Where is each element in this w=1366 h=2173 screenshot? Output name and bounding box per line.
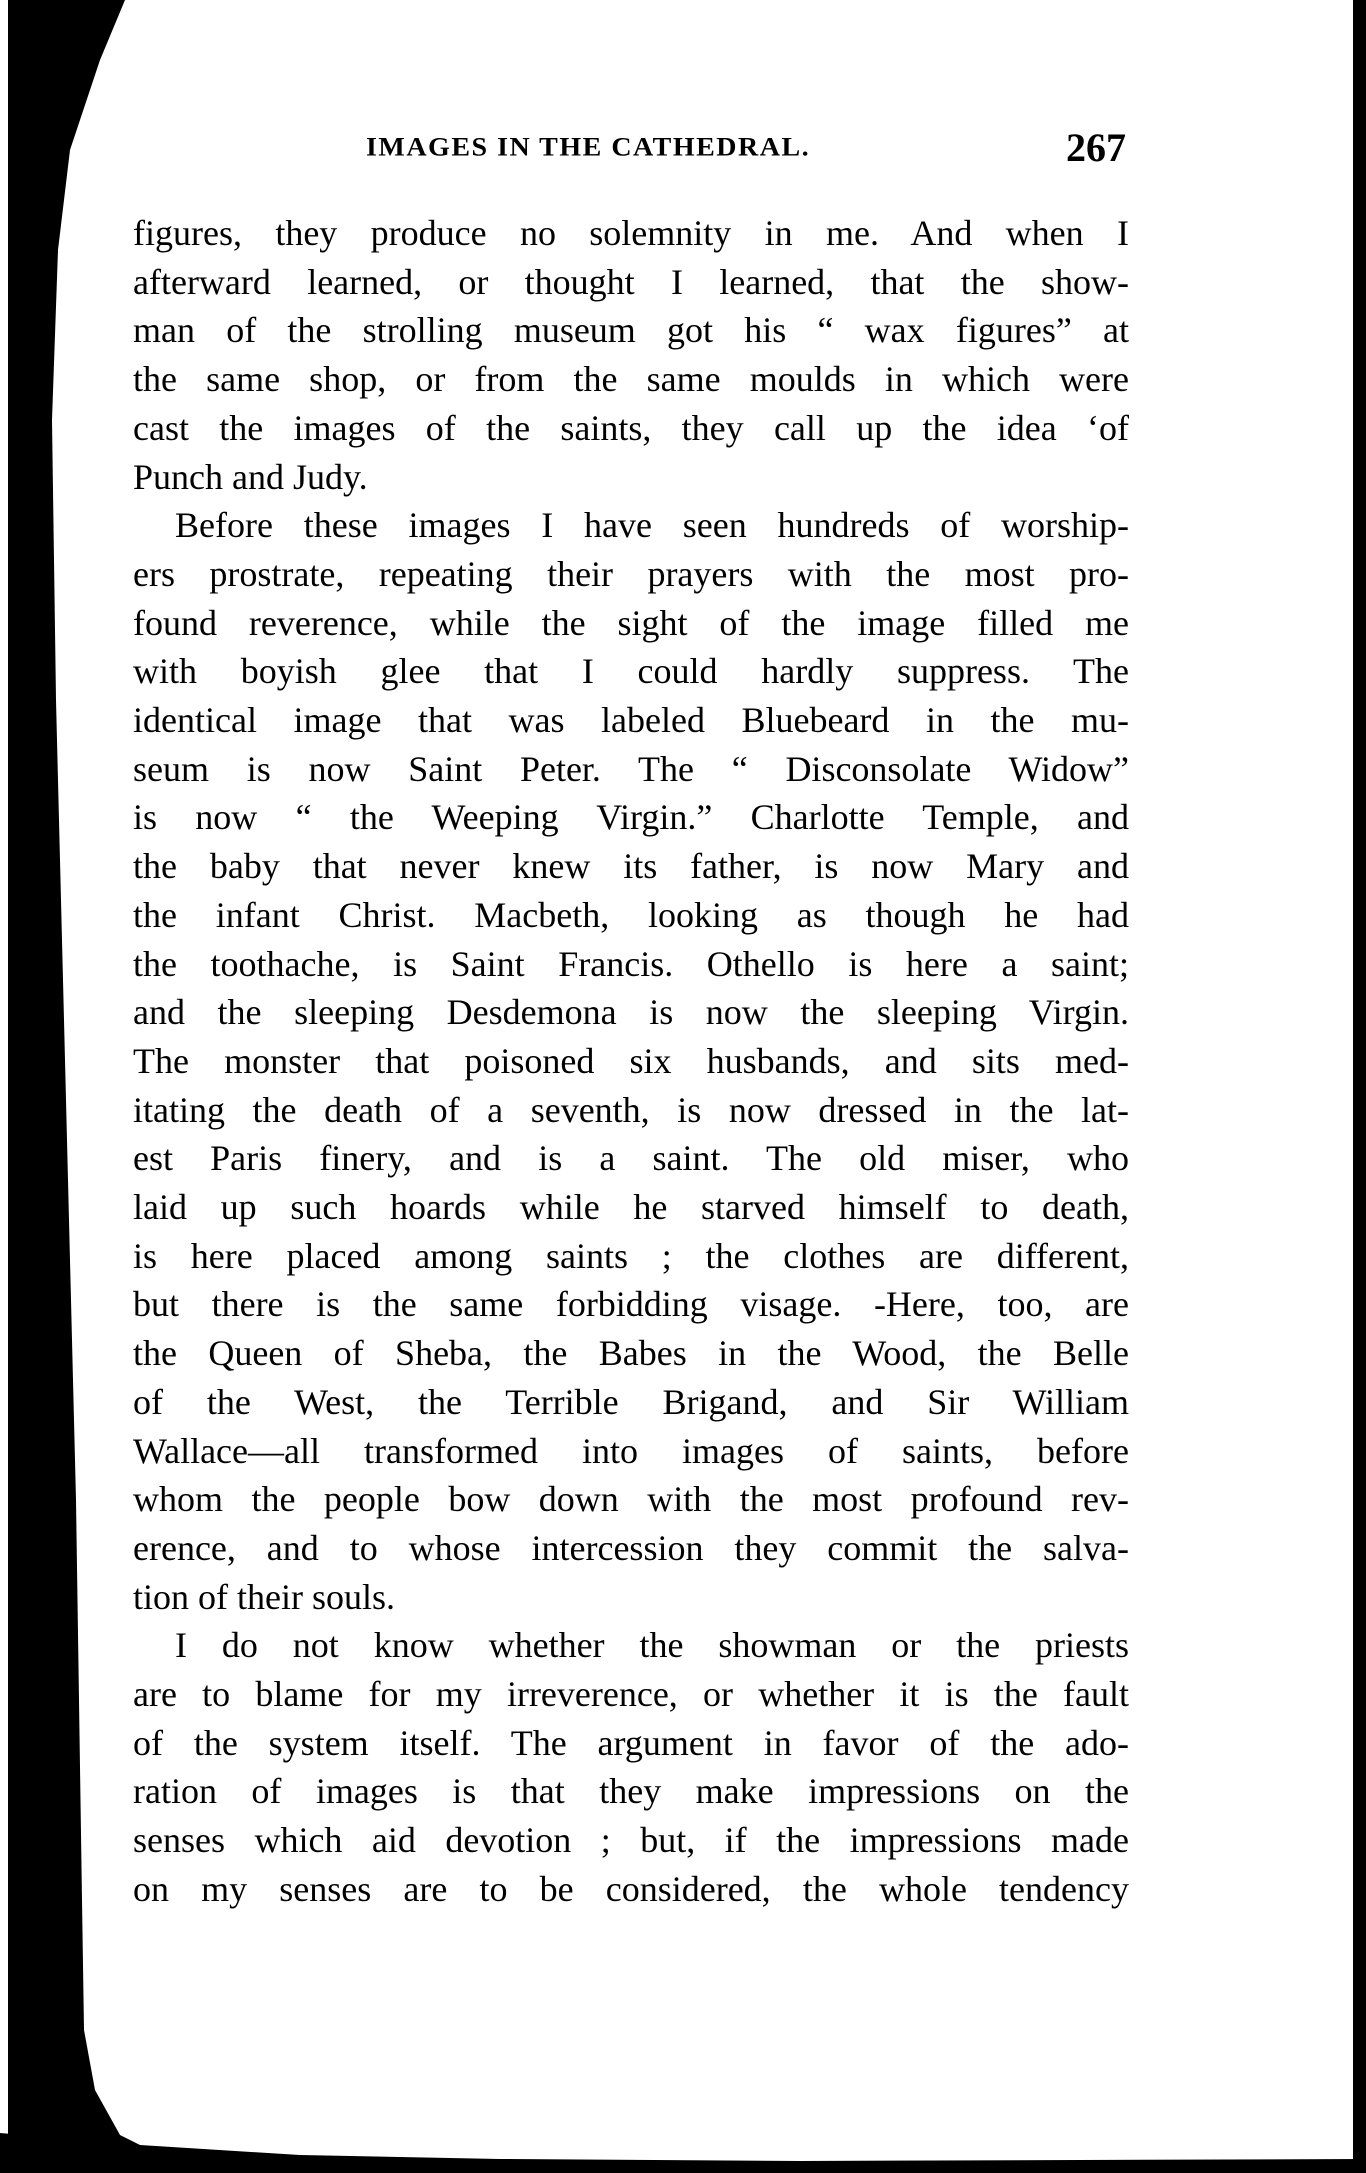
text-line: of the system itself. The argument in fa… — [133, 1723, 1129, 1763]
text-line: Wallace—all transformed into images of s… — [133, 1431, 1129, 1471]
text-line: on my senses are to be considered, the w… — [133, 1869, 1129, 1909]
text-line: man of the strolling museum got his “ wa… — [133, 310, 1129, 350]
text-line: and the sleeping Desdemona is now the sl… — [133, 992, 1129, 1032]
text-line: but there is the same forbidding visage.… — [133, 1284, 1129, 1324]
text-line: with boyish glee that I could hardly sup… — [133, 651, 1129, 691]
text-line: the Queen of Sheba, the Babes in the Woo… — [133, 1333, 1129, 1373]
text-line: of the West, the Terrible Brigand, and S… — [133, 1382, 1129, 1422]
text-line: is here placed among saints ; the clothe… — [133, 1236, 1129, 1276]
text-line: figures, they produce no solemnity in me… — [133, 213, 1129, 253]
text-line: is now “ the Weeping Virgin.” Charlotte … — [133, 797, 1129, 837]
text-line: the baby that never knew its father, is … — [133, 846, 1129, 886]
text-line: itating the death of a seventh, is now d… — [133, 1090, 1129, 1130]
running-head: IMAGES IN THE CATHEDRAL. — [366, 135, 810, 162]
scan-bottom-shadow — [0, 2133, 1366, 2173]
paragraph-first-line: I do not know whether the showman or the… — [133, 1625, 1129, 1665]
text-line: ers prostrate, repeating their prayers w… — [133, 554, 1129, 594]
text-line: est Paris finery, and is a saint. The ol… — [133, 1138, 1129, 1178]
text-line: the infant Christ. Macbeth, looking as t… — [133, 895, 1129, 935]
text-line: laid up such hoards while he starved him… — [133, 1187, 1129, 1227]
text-line: whom the people bow down with the most p… — [133, 1479, 1129, 1519]
scan-left-margin — [0, 0, 8, 2173]
text-line: the toothache, is Saint Francis. Othello… — [133, 944, 1129, 984]
text-line: the same shop, or from the same moulds i… — [133, 359, 1129, 399]
paragraph-first-line: Before these images I have seen hundreds… — [133, 505, 1129, 545]
page-number: 267 — [1066, 128, 1126, 168]
text-line: cast the images of the saints, they call… — [133, 408, 1129, 448]
text-line: afterward learned, or thought I learned,… — [133, 262, 1129, 302]
text-line: erence, and to whose intercession they c… — [133, 1528, 1129, 1568]
text-line: ration of images is that they make impre… — [133, 1771, 1129, 1811]
text-line: found reverence, while the sight of the … — [133, 603, 1129, 643]
text-line: The monster that poisoned six husbands, … — [133, 1041, 1129, 1081]
text-line: senses which aid devotion ; but, if the … — [133, 1820, 1129, 1860]
text-line: tion of their souls. — [133, 1577, 1129, 1617]
text-line: are to blame for my irreverence, or whet… — [133, 1674, 1129, 1714]
scan-right-shadow — [1353, 0, 1366, 2173]
scan-left-shadow — [0, 0, 140, 2173]
text-line: Punch and Judy. — [133, 457, 1129, 497]
text-line: seum is now Saint Peter. The “ Disconsol… — [133, 749, 1129, 789]
text-line: identical image that was labeled Bluebea… — [133, 700, 1129, 740]
